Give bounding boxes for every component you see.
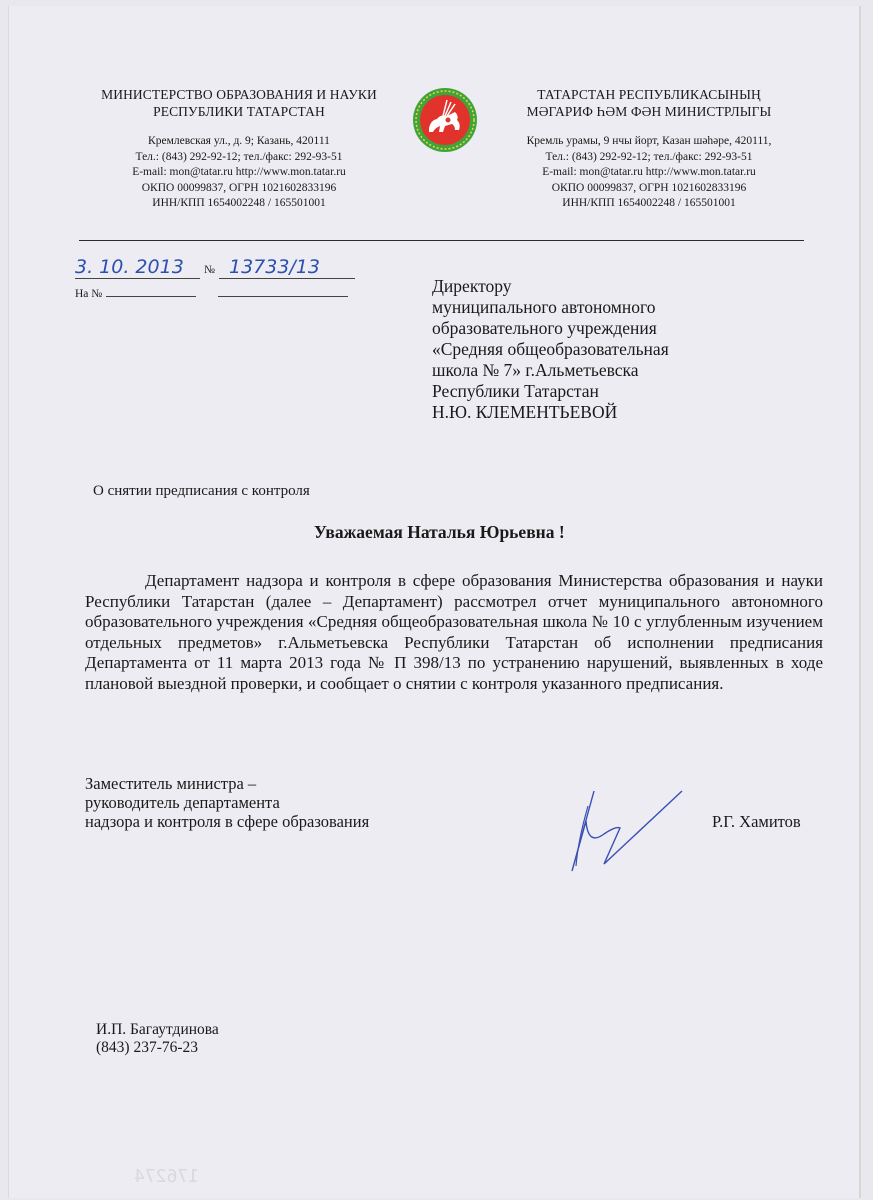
registration-block: 3. 10. 2013 № 13733/13 На № bbox=[75, 256, 375, 302]
position-line: руководитель департамента bbox=[85, 793, 485, 812]
letter-subject: О снятии предписания с контроля bbox=[93, 483, 310, 500]
letterhead-left: МИНИСТЕРСТВО ОБРАЗОВАНИЯ И НАУКИ РЕСПУБЛ… bbox=[79, 86, 399, 212]
ministry-web-ru: E-mail: mon@tatar.ru http://www.mon.tata… bbox=[79, 165, 399, 181]
ministry-okpo-ru: ОКПО 00099837, ОГРН 1021602833196 bbox=[79, 181, 399, 197]
ministry-inn-tt: ИНН/КПП 1654002248 / 165501001 bbox=[489, 196, 809, 212]
addressee-line: школа № 7» г.Альметьевска bbox=[432, 360, 752, 381]
body-paragraph: Департамент надзора и контроля в сфере о… bbox=[85, 571, 823, 694]
ministry-web-tt: E-mail: mon@tatar.ru http://www.mon.tata… bbox=[489, 165, 809, 181]
ministry-phone-tt: Тел.: (843) 292-92-12; тел./факс: 292-93… bbox=[489, 150, 809, 166]
registration-date: 3. 10. 2013 bbox=[75, 256, 200, 279]
executor-block: И.П. Багаутдинова (843) 237-76-23 bbox=[96, 1021, 219, 1057]
reply-to-label: На № bbox=[75, 288, 102, 300]
ministry-okpo-tt: ОКПО 00099837, ОГРН 1021602833196 bbox=[489, 181, 809, 197]
position-line: Заместитель министра – bbox=[85, 774, 485, 793]
ministry-address-tt: Кремль урамы, 9 нчы йорт, Казан шәһәре, … bbox=[489, 134, 809, 150]
ministry-inn-ru: ИНН/КПП 1654002248 / 165501001 bbox=[79, 196, 399, 212]
addressee-line: образовательного учреждения bbox=[432, 318, 752, 339]
ministry-title-ru-line2: РЕСПУБЛИКИ ТАТАРСТАН bbox=[79, 103, 399, 120]
ministry-address-ru: Кремлевская ул., д. 9; Казань, 420111 bbox=[79, 134, 399, 150]
letterhead-right: ТАТАРСТАН РЕСПУБЛИКАСЫНЫҢ МӘГАРИФ ҺӘМ ФӘ… bbox=[489, 86, 809, 212]
executor-name: И.П. Багаутдинова bbox=[96, 1021, 219, 1039]
signatory-position: Заместитель министра – руководитель депа… bbox=[85, 774, 485, 831]
salutation: Уважаемая Наталья Юрьевна ! bbox=[314, 522, 565, 543]
addressee-line: «Средняя общеобразовательная bbox=[432, 339, 752, 360]
addressee-block: Директору муниципального автономного обр… bbox=[432, 276, 752, 423]
addressee-line: Н.Ю. КЛЕМЕНТЬЕВОЙ bbox=[432, 402, 752, 423]
number-label: № bbox=[204, 264, 215, 276]
letterhead-divider bbox=[79, 240, 804, 241]
ministry-title-tt-line1: ТАТАРСТАН РЕСПУБЛИКАСЫНЫҢ bbox=[489, 86, 809, 103]
position-line: надзора и контроля в сфере образования bbox=[85, 812, 485, 831]
executor-phone: (843) 237-76-23 bbox=[96, 1039, 219, 1057]
reply-number-field bbox=[106, 282, 196, 297]
addressee-line: Республики Татарстан bbox=[432, 381, 752, 402]
letter-page: МИНИСТЕРСТВО ОБРАЗОВАНИЯ И НАУКИ РЕСПУБЛ… bbox=[8, 6, 861, 1198]
ministry-phone-ru: Тел.: (843) 292-92-12; тел./факс: 292-93… bbox=[79, 150, 399, 166]
handwritten-signature-icon bbox=[564, 786, 694, 876]
ministry-title-ru-line1: МИНИСТЕРСТВО ОБРАЗОВАНИЯ И НАУКИ bbox=[79, 86, 399, 103]
ministry-title-tt-line2: МӘГАРИФ ҺӘМ ФӘН МИНИСТРЛЫГЫ bbox=[489, 103, 809, 120]
addressee-line: Директору bbox=[432, 276, 752, 297]
tatarstan-coat-of-arms-icon bbox=[405, 86, 485, 154]
registration-number: 13733/13 bbox=[219, 256, 355, 279]
addressee-line: муниципального автономного bbox=[432, 297, 752, 318]
signatory-name: Р.Г. Хамитов bbox=[712, 812, 801, 831]
letter-body: Департамент надзора и контроля в сфере о… bbox=[85, 571, 823, 694]
reply-date-field bbox=[218, 282, 348, 297]
faint-stamp-number: 176274 bbox=[134, 1166, 199, 1187]
